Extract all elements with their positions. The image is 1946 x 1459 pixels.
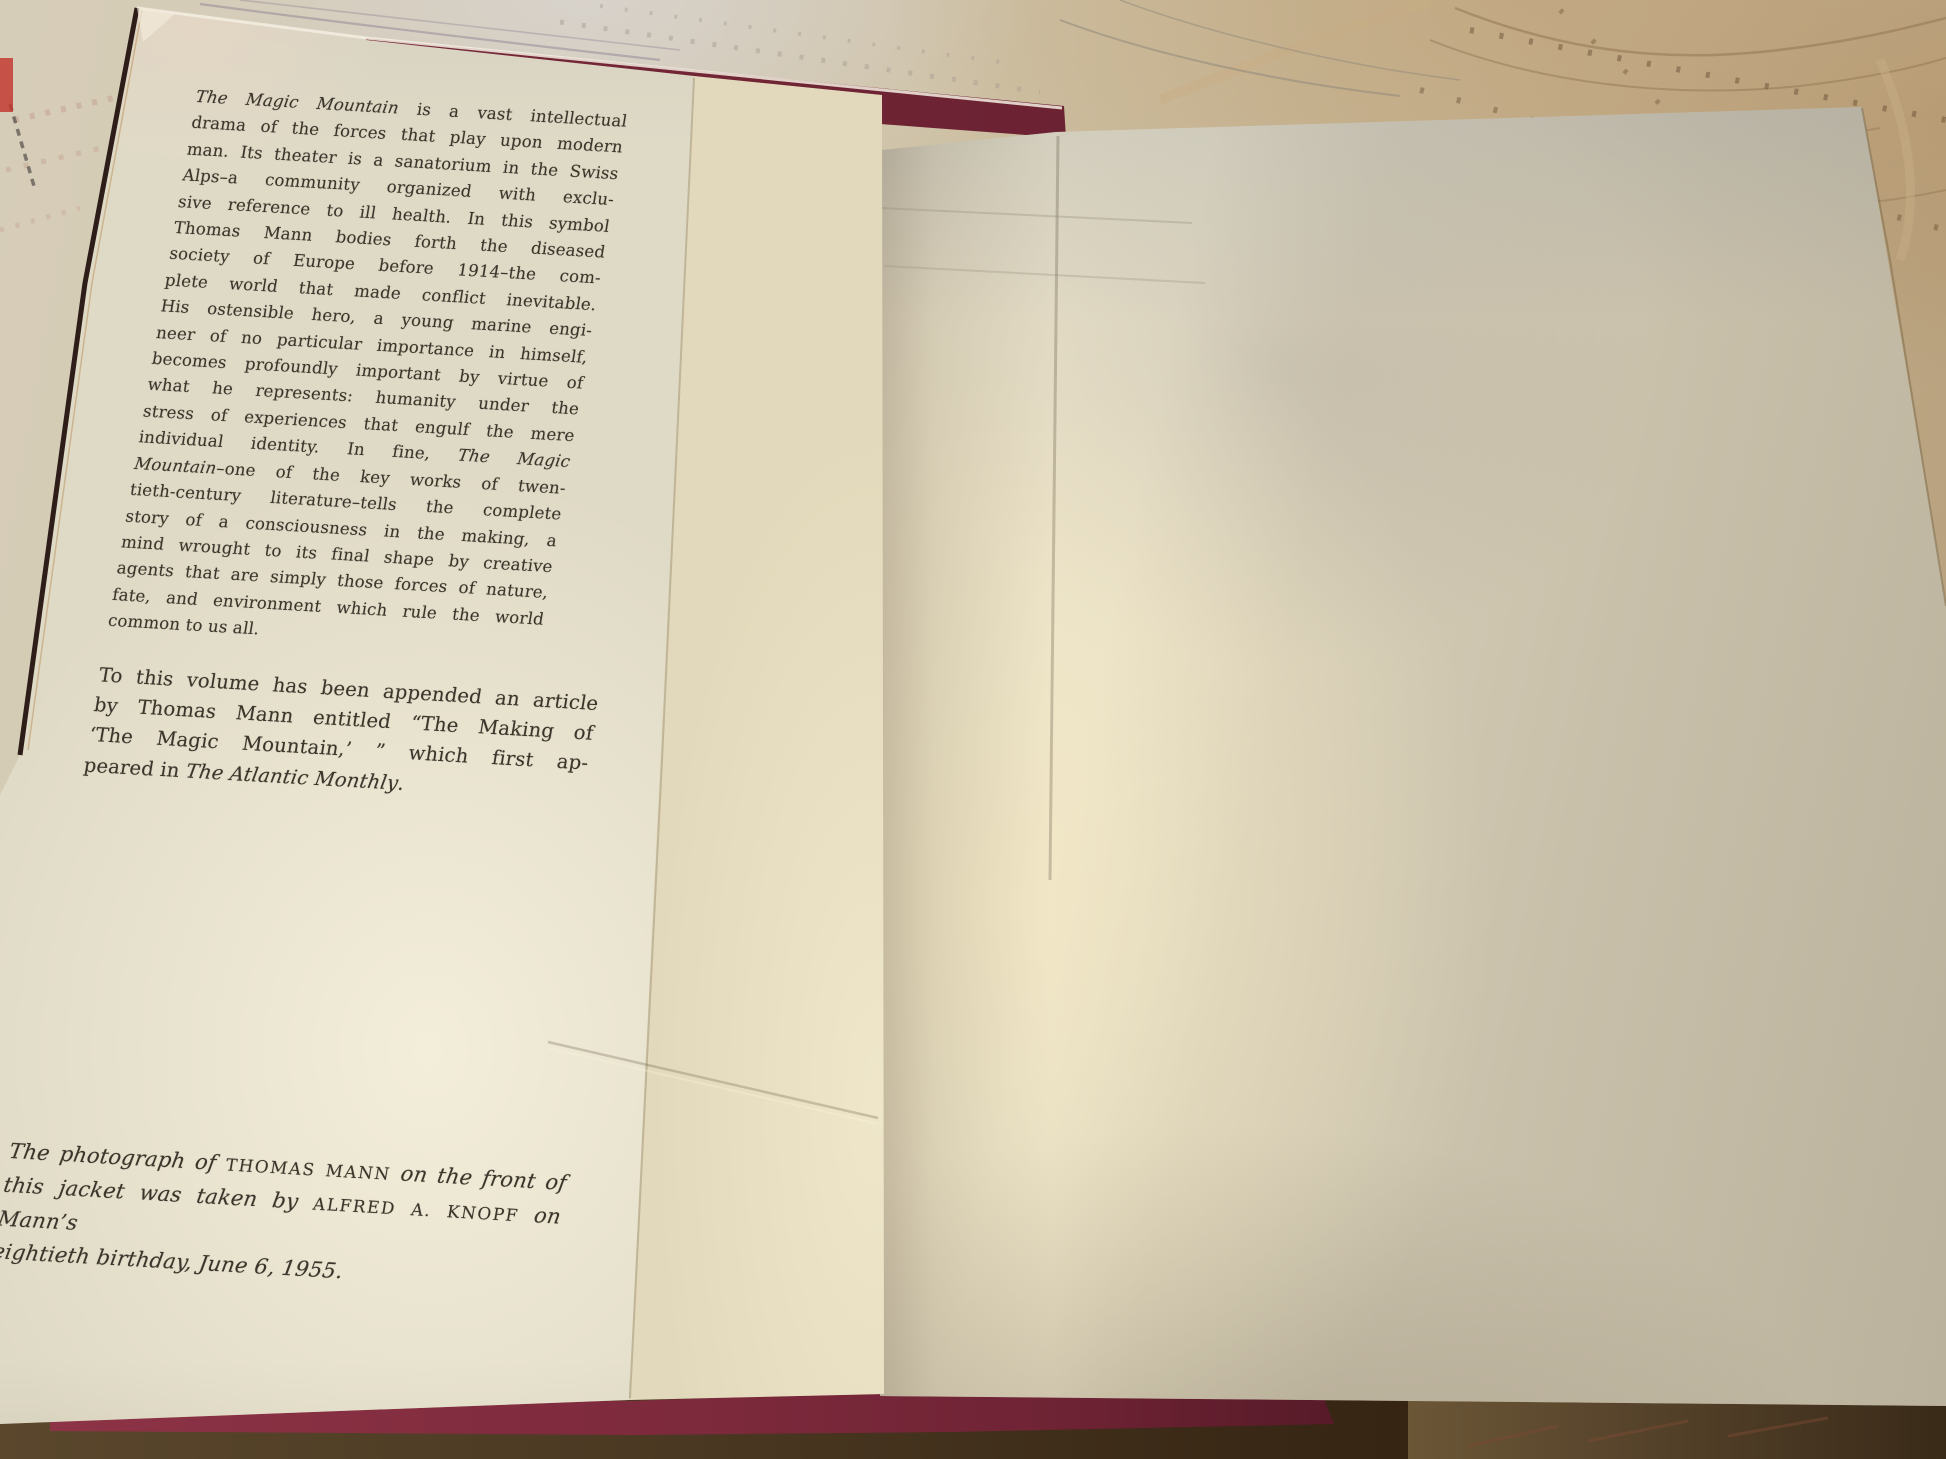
right-page-outer-edge (1862, 108, 1946, 606)
jacket-turnin-ridge (548, 1042, 878, 1118)
jacket-turnin-highlight (548, 1048, 878, 1124)
flap-dogear-corner (137, 8, 176, 42)
board-edge-glint (28, 10, 142, 750)
gutter-crease (1050, 136, 1058, 880)
jacket-fold-highlight (137, 8, 1062, 108)
flap-right-edge (630, 78, 694, 1398)
right-page-crease-1 (882, 208, 1192, 223)
paper-crease-lines (0, 0, 1946, 1459)
right-page-crease-2 (884, 266, 1205, 283)
book-photo: The Magic Mountain is a vast intellectua… (0, 0, 1946, 1459)
